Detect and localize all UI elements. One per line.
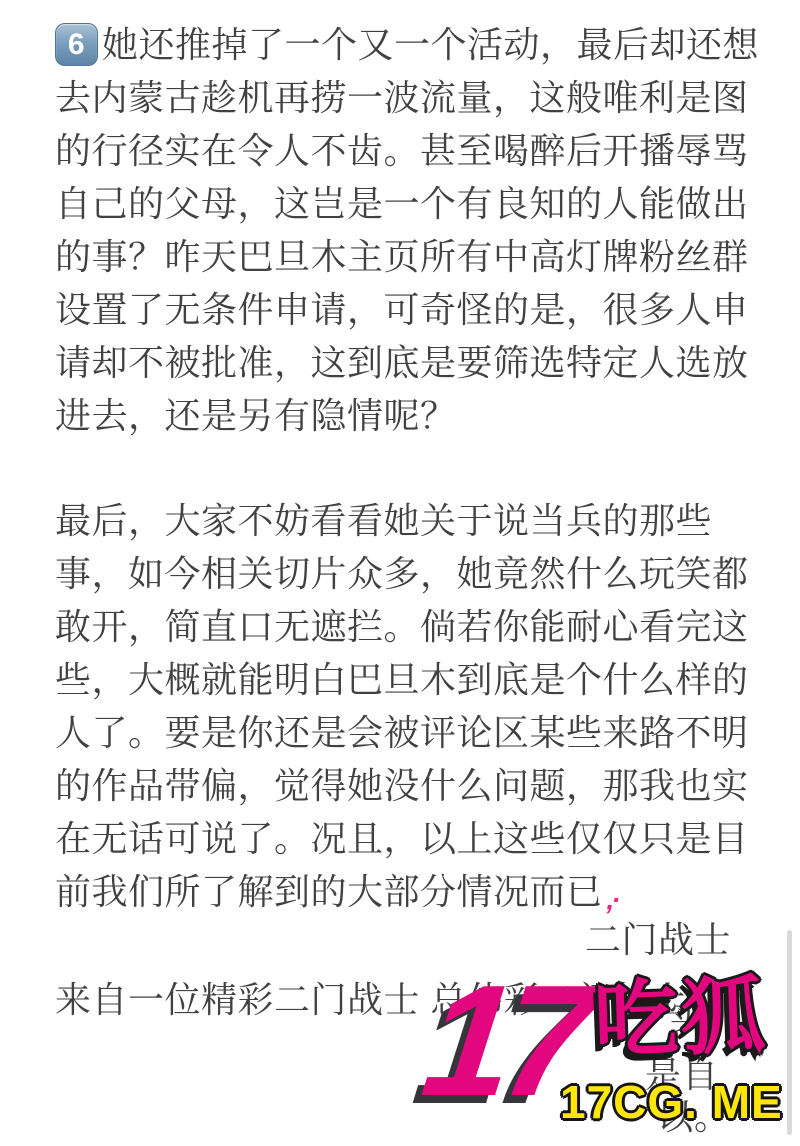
pink-scribble-mark: ,· — [607, 884, 618, 915]
text-line: 些，大概就能明白巴旦木到底是个什么样的 — [55, 653, 765, 706]
line-text: 她还推掉了一个又一个活动，最后却还想 — [102, 24, 759, 65]
line-text: 前我们所了解到的大部分情况而已 — [55, 871, 603, 912]
source-caption: 来自一位精彩二门战士 总伟彩二门战士 — [55, 973, 686, 1026]
text-line: 事，如今相关切片众多，她竟然什么玩笑都 — [55, 547, 765, 600]
text-line: 前我们所了解到的大部分情况而已,· — [55, 865, 765, 918]
keycap-digit: 6 — [68, 28, 85, 61]
text-line: 在无话可说了。况且，以上这些仅仅只是目 — [55, 812, 765, 865]
text-line: 去内蒙古趁机再捞一波流量，这般唯利是图 — [55, 71, 765, 124]
watermark-site-url: 17CG. ME — [560, 1079, 783, 1125]
text-line: 的作品带偏，觉得她没什么问题，那我也实 — [55, 759, 765, 812]
text-line: 自己的父母，这岂是一个有良知的人能做出 — [55, 177, 765, 230]
article-screenshot: 6她还推掉了一个又一个活动，最后却还想 去内蒙古趁机再捞一波流量，这般唯利是图 … — [0, 0, 800, 1146]
text-line: 请却不被批准，这到底是要筛选特定人选放 — [55, 336, 765, 389]
watermark-brand-chihu: 吃狐 — [593, 973, 770, 1063]
text-line: 进去，还是另有隐情呢？ — [55, 389, 765, 442]
text-line: 敢开，简直口无遮拦。倘若你能耐心看完这 — [55, 600, 765, 653]
paragraph-1: 6她还推掉了一个又一个活动，最后却还想 去内蒙古趁机再捞一波流量，这般唯利是图 … — [55, 18, 765, 442]
text-line: 的事？昨天巴旦木主页所有中高灯牌粉丝群 — [55, 230, 765, 283]
text-line: 人了。要是你还是会被评论区某些来路不明 — [55, 706, 765, 759]
scrollbar-thumb[interactable] — [787, 930, 792, 1135]
paragraph-2: 最后，大家不妨看看她关于说当兵的那些 事，如今相关切片众多，她竟然什么玩笑都 敢… — [55, 494, 765, 918]
attribution-signature: 二门战士 — [585, 913, 731, 966]
keycap-6-emoji: 6 — [55, 23, 98, 66]
text-line: 6她还推掉了一个又一个活动，最后却还想 — [55, 18, 765, 71]
text-line: 最后，大家不妨看看她关于说当兵的那些 — [55, 494, 765, 547]
text-line: 的行径实在令人不齿。甚至喝醉后开播辱骂 — [55, 124, 765, 177]
text-line: 设置了无条件申请，可奇怪的是，很多人申 — [55, 283, 765, 336]
